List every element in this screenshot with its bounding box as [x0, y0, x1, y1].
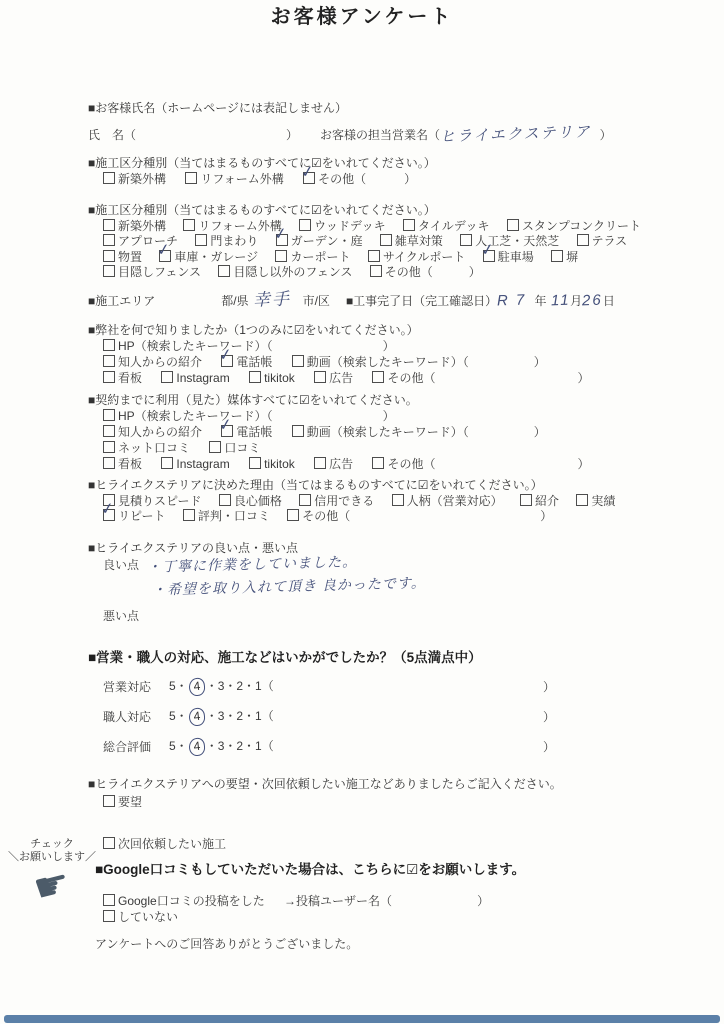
checkbox-label: 新築外構	[118, 219, 166, 233]
checkbox[interactable]	[195, 234, 207, 246]
checkbox-label: 次回依頼したい施工	[118, 837, 226, 851]
checkbox[interactable]	[219, 494, 231, 506]
checkbox[interactable]	[183, 219, 195, 231]
section-header-construction-type-2: ■施工区分種別（当てはまるものすべてに☑をいれてください。）	[88, 202, 694, 218]
checkbox[interactable]	[103, 172, 115, 184]
paren-close: ）	[383, 409, 395, 423]
rating-scale: 5・4・3・2・1（	[169, 708, 274, 726]
checkbox[interactable]	[276, 234, 288, 246]
name-field-close: ）	[286, 128, 298, 142]
city-label: 市/区	[303, 294, 330, 308]
checkbox[interactable]	[103, 219, 115, 231]
checkbox-item[interactable]: 良心価格	[219, 493, 282, 509]
good-points-label: 良い点	[103, 558, 139, 572]
checkbox[interactable]	[460, 234, 472, 246]
good-points-row-2: ・希望を取り入れて頂き 良かったです。	[152, 578, 694, 595]
checkbox-row: 物置 車庫・ガレージ カーポート サイクルポート 駐車場 塀	[103, 249, 694, 265]
good-points-row: 良い点・丁寧に作業をしていました。	[103, 556, 694, 573]
checkbox[interactable]	[287, 509, 299, 521]
checkbox[interactable]	[403, 219, 415, 231]
checkbox-item[interactable]: 知人からの紹介	[103, 424, 202, 440]
checkbox-item[interactable]: 雑草対策	[380, 233, 443, 249]
checkbox[interactable]	[103, 795, 115, 807]
rating-scale: 5・4・3・2・1（	[169, 678, 274, 696]
checkbox-label: 良心価格	[234, 494, 282, 508]
paren-close: ）	[543, 709, 555, 725]
rating-scale-text[interactable]: 5・	[169, 709, 188, 723]
checkbox[interactable]	[103, 425, 115, 437]
checkbox-label: tikitok	[264, 371, 295, 385]
checkbox[interactable]	[221, 355, 233, 367]
checkbox[interactable]	[103, 339, 115, 351]
review-username-label: →投稿ユーザー名（	[284, 894, 392, 908]
checkbox-label: 紹介	[535, 494, 559, 508]
rating-scale-text[interactable]: ・3・2・1（	[206, 679, 274, 693]
paren-close: ）	[469, 265, 481, 279]
checkbox-label: リピート	[118, 509, 166, 523]
checkbox[interactable]	[483, 250, 495, 262]
checkbox-label: Google口コミの投稿をした	[118, 894, 265, 908]
checkbox-item[interactable]: 広告	[314, 456, 353, 472]
checkbox-label: 知人からの紹介	[118, 425, 202, 439]
bad-points-row: 悪い点	[103, 608, 694, 624]
checkbox-item[interactable]: 広告	[314, 370, 353, 386]
checkbox[interactable]	[292, 425, 304, 437]
rating-circled-value[interactable]: 4	[188, 737, 206, 757]
checkbox-label: その他（	[385, 265, 433, 279]
checkbox-label: スタンプコンクリート	[522, 219, 641, 233]
checkbox[interactable]	[299, 494, 311, 506]
checkbox-label: その他（	[387, 371, 435, 385]
handwritten-area: 幸手	[252, 291, 291, 308]
checkbox-item[interactable]: サイクルポート	[368, 249, 466, 265]
paren-close: ）	[477, 894, 489, 908]
checkbox-row: 看板 Instagram tikitok 広告 その他（）	[103, 370, 694, 386]
paren-close: ）	[577, 457, 589, 471]
area-date-row: ■施工エリア都/県幸手市/区■工事完了日（完工確認日）R 7年11月26日	[88, 292, 694, 309]
name-field-label: 氏 名（	[88, 128, 136, 142]
thanks-message: アンケートへのご回答ありがとうございました。	[95, 936, 694, 952]
checkbox-label: Instagram	[176, 457, 229, 471]
rating-label: 営業対応	[103, 679, 169, 695]
section-header-customer-name: ■お客様氏名（ホームページには表記しません）	[88, 100, 694, 116]
checkbox-label: 動画（検索したキーワード）（	[307, 355, 469, 369]
checkbox-item[interactable]: リフォーム外構	[183, 218, 281, 234]
handwritten-good-point-1: ・丁寧に作業をしていました。	[147, 553, 357, 574]
checkbox-row: 知人からの紹介 電話帳 動画（検索したキーワード）（）	[103, 424, 694, 440]
checkbox-item[interactable]: 新築外構	[103, 171, 166, 187]
checkbox-item[interactable]: tikitok	[249, 370, 295, 386]
paren-close: ）	[404, 172, 416, 186]
checkbox[interactable]	[249, 371, 261, 383]
rating-scale-text[interactable]: 5・	[169, 739, 188, 753]
checkbox-item[interactable]: Google口コミの投稿をした	[103, 893, 265, 909]
section-header-ratings: ■営業・職人の対応、施工などはいかがでしたか？（5点満点中）	[88, 650, 694, 666]
checkbox[interactable]	[103, 371, 115, 383]
checkbox-label: HP（検索したキーワード）（	[118, 409, 273, 423]
checkbox-label: 目隠しフェンス	[118, 265, 201, 279]
checkbox-label: 信用できる	[314, 494, 374, 508]
checkbox[interactable]	[159, 250, 171, 262]
rating-scale-text[interactable]: ・3・2・1（	[206, 709, 274, 723]
checkbox-label: 電話帳	[236, 425, 272, 439]
checkbox-item[interactable]: ウッドデッキ	[299, 218, 386, 234]
paren-close: ）	[543, 739, 555, 755]
checkbox-label: 評判・口コミ	[198, 509, 270, 523]
checkbox-item[interactable]: ガーデン・庭	[276, 233, 363, 249]
checkbox[interactable]	[103, 250, 115, 262]
checkbox[interactable]	[520, 494, 532, 506]
checkbox-label: tikitok	[264, 457, 295, 471]
section-header-points: ■ヒライエクステリアの良い点・悪い点	[88, 540, 694, 556]
checkbox-label: 駐車場	[498, 250, 534, 264]
checkbox-item[interactable]: 人柄（営業対応）	[392, 493, 503, 509]
checkbox[interactable]	[275, 250, 287, 262]
checkbox[interactable]	[380, 234, 392, 246]
check-please-note: チェック ＼お願いします／ ☛	[6, 838, 98, 906]
checkbox[interactable]	[183, 509, 195, 521]
area-label: ■施工エリア	[88, 294, 155, 308]
checkbox-label: ウッドデッキ	[314, 219, 386, 233]
checkbox-item[interactable]: 次回依頼したい施工	[103, 836, 226, 852]
paren-close: ）	[543, 679, 555, 695]
section-header-media: ■契約までに利用（見た）媒体すべてに☑をいれてください。	[88, 392, 694, 408]
checkbox[interactable]	[103, 457, 115, 469]
checkbox-item[interactable]: 塀	[551, 249, 578, 265]
checkbox-label: 実績	[591, 494, 615, 508]
checkbox-row: 次回依頼したい施工	[103, 836, 694, 852]
checkbox-label: ガーデン・庭	[291, 234, 363, 248]
rating-scale-text[interactable]: ・3・2・1（	[206, 739, 274, 753]
checkbox-label: テラス	[592, 234, 628, 248]
checkbox[interactable]	[103, 509, 115, 521]
checkbox-row: ネット口コミ 口コミ	[103, 440, 694, 456]
checkbox-item[interactable]: 物置	[103, 249, 142, 265]
checkbox-label: 知人からの紹介	[118, 355, 202, 369]
checkbox-item[interactable]: その他（）	[303, 171, 416, 187]
checkbox-label: HP（検索したキーワード）（	[118, 339, 273, 353]
pointing-hand-icon: ☛	[3, 855, 102, 916]
paren-close: ）	[577, 371, 589, 385]
prefecture-label: 都/県	[221, 294, 248, 308]
checkbox[interactable]	[303, 172, 315, 184]
checkbox[interactable]	[103, 837, 115, 849]
checkbox-item[interactable]: テラス	[577, 233, 628, 249]
checkbox-label: 見積りスピード	[118, 494, 202, 508]
checkbox[interactable]	[370, 265, 382, 277]
paren-close: ）	[540, 509, 552, 523]
checkbox-item[interactable]: タイルデッキ	[403, 218, 490, 234]
year-suffix: 年	[535, 294, 547, 308]
checkbox[interactable]	[103, 409, 115, 421]
paren-close: ）	[383, 339, 395, 353]
checkbox-item[interactable]: 動画（検索したキーワード）（）	[292, 354, 546, 370]
checkbox-row: 目隠しフェンス 目隠し以外のフェンス その他（）	[103, 264, 694, 280]
month-suffix: 月	[570, 294, 582, 308]
section-header-known-from: ■弊社を何で知りましたか（1つのみに☑をいれてください。）	[88, 322, 694, 338]
rating-label: 職人対応	[103, 709, 169, 725]
handwritten-era-year: R 7	[497, 292, 527, 309]
section-header-request: ■ヒライエクステリアへの要望・次回依頼したい施工などありましたらご記入ください。	[88, 776, 694, 792]
checkbox[interactable]	[103, 355, 115, 367]
checkbox-label: 雑草対策	[395, 234, 443, 248]
checkbox-row: アプローチ 門まわり ガーデン・庭 雑草対策 人工芝・天然芝 テラス	[103, 233, 694, 249]
checkbox-label: 広告	[329, 457, 353, 471]
checkbox[interactable]	[577, 234, 589, 246]
checkbox-item[interactable]: 信用できる	[299, 493, 374, 509]
checkbox-label: リフォーム外構	[200, 172, 283, 186]
checkbox-row: リピート 評判・口コミ その他（）	[103, 508, 694, 524]
checkbox-item[interactable]: 看板	[103, 370, 142, 386]
rating-row: 総合評価5・4・3・2・1（）	[103, 738, 694, 756]
checkbox-label: 人柄（営業対応）	[407, 494, 503, 508]
paren-close: ）	[534, 425, 546, 439]
checkbox[interactable]	[103, 234, 115, 246]
checkbox[interactable]	[209, 441, 221, 453]
checkbox-item[interactable]: 門まわり	[195, 233, 258, 249]
checkbox-item[interactable]: その他（）	[372, 370, 589, 386]
survey-sheet: お客様アンケート ■お客様氏名（ホームページには表記しません） 氏 名（）お客様…	[0, 0, 724, 1024]
checkbox[interactable]	[314, 371, 326, 383]
checkbox-row: 新築外構 リフォーム外構 その他（）	[103, 171, 694, 187]
checkbox-label: 看板	[118, 457, 142, 471]
checkbox-item[interactable]: カーポート	[275, 249, 350, 265]
checkbox[interactable]	[161, 457, 173, 469]
handwritten-good-point-2: ・希望を取り入れて頂き 良かったです。	[152, 574, 426, 597]
checkbox[interactable]	[249, 457, 261, 469]
sales-name-label: お客様の担当営業名（	[320, 128, 440, 142]
checkbox-item[interactable]: 動画（検索したキーワード）（）	[292, 424, 546, 440]
rating-scale: 5・4・3・2・1（	[169, 738, 274, 756]
checkbox-label: その他（	[302, 509, 350, 523]
checkbox-item[interactable]: Instagram	[161, 456, 229, 472]
checkbox-label: 新築外構	[118, 172, 166, 186]
checkbox-item[interactable]: 見積りスピード	[103, 493, 202, 509]
checkbox-row: 看板 Instagram tikitok 広告 その他（）	[103, 456, 694, 472]
checkbox-item[interactable]: 電話帳	[221, 354, 272, 370]
checkbox-item[interactable]: HP（検索したキーワード）（）	[103, 408, 395, 424]
handwritten-day: 26	[582, 293, 603, 310]
checkbox[interactable]	[103, 894, 115, 906]
checkbox-item[interactable]: 要望	[103, 794, 142, 810]
checkbox-item[interactable]: していない	[103, 909, 178, 925]
checkbox-item[interactable]: 知人からの紹介	[103, 354, 202, 370]
checkbox-item[interactable]: Instagram	[161, 370, 229, 386]
checkbox[interactable]	[103, 910, 115, 922]
checkbox-label: 要望	[118, 795, 142, 809]
checkbox-item[interactable]: 新築外構	[103, 218, 166, 234]
checkbox[interactable]	[103, 441, 115, 453]
bad-points-label: 悪い点	[103, 609, 139, 623]
checkbox-row: 新築外構 リフォーム外構 ウッドデッキ タイルデッキ スタンプコンクリート	[103, 218, 694, 234]
checkbox[interactable]	[551, 250, 563, 262]
checkbox-item[interactable]: ネット口コミ	[103, 440, 190, 456]
checkbox-item[interactable]: 評判・口コミ	[183, 508, 270, 524]
checkbox-label: タイルデッキ	[418, 219, 490, 233]
checkbox-label: サイクルポート	[383, 250, 466, 264]
checkbox-item[interactable]: スタンプコンクリート	[507, 218, 641, 234]
completion-date-label: ■工事完了日（完工確認日）	[346, 294, 497, 308]
check-please-text-top: チェック	[6, 838, 98, 851]
section-header-reason: ■ヒライエクステリアに決めた理由（当てはまるものすべてに☑をいれてください。）	[88, 477, 694, 493]
checkbox-label: リフォーム外構	[198, 219, 281, 233]
checkbox-row: 見積りスピード 良心価格 信用できる 人柄（営業対応） 紹介 実績	[103, 493, 694, 509]
day-suffix: 日	[603, 294, 615, 308]
emphasis-mark-left: ＼	[8, 851, 19, 863]
checkbox-item[interactable]: リフォーム外構	[185, 171, 283, 187]
rating-circled-value[interactable]: 4	[188, 677, 206, 697]
checkbox-row: HP（検索したキーワード）（）	[103, 408, 694, 424]
checkbox[interactable]	[299, 219, 311, 231]
sales-name-close: ）	[600, 128, 612, 142]
paren-close: ）	[534, 355, 546, 369]
checkbox[interactable]	[368, 250, 380, 262]
checkbox-item[interactable]: リピート	[103, 508, 166, 524]
checkbox-row: 要望	[103, 794, 694, 810]
checkbox-label: 門まわり	[210, 234, 258, 248]
bottom-bar	[4, 1015, 720, 1023]
checkbox-item[interactable]: HP（検索したキーワード）（）	[103, 338, 395, 354]
checkbox-label: ネット口コミ	[118, 441, 190, 455]
rating-row: 職人対応5・4・3・2・1（）	[103, 708, 694, 726]
checkbox[interactable]	[392, 494, 404, 506]
checkbox-item[interactable]: 車庫・ガレージ	[159, 249, 258, 265]
page-title: お客様アンケート	[0, 0, 724, 29]
checkbox-item[interactable]: 目隠しフェンス	[103, 264, 201, 280]
checkbox[interactable]	[221, 425, 233, 437]
checkbox-item[interactable]: その他（）	[370, 264, 481, 280]
rating-scale-text[interactable]: 5・	[169, 679, 188, 693]
handwritten-sales-name: ヒライエクステリア	[440, 124, 592, 145]
section-header-google-review: ■Google口コミもしていただいた場合は、こちらに☑をお願いします。	[95, 862, 694, 878]
checkbox-label: 動画（検索したキーワード）（	[307, 425, 469, 439]
checkbox-item[interactable]: 紹介	[520, 493, 559, 509]
checkbox-label: 目隠し以外のフェンス	[233, 265, 352, 279]
checkbox-label: 電話帳	[236, 355, 272, 369]
checkbox[interactable]	[161, 371, 173, 383]
checkbox-item[interactable]: 実績	[576, 493, 615, 509]
checkbox-label: 車庫・ガレージ	[174, 250, 258, 264]
checkbox-item[interactable]: 看板	[103, 456, 142, 472]
checkbox-row: 知人からの紹介 電話帳 動画（検索したキーワード）（）	[103, 354, 694, 370]
checkbox[interactable]	[372, 457, 384, 469]
checkbox[interactable]	[314, 457, 326, 469]
checkbox[interactable]	[218, 265, 230, 277]
checkbox[interactable]	[103, 265, 115, 277]
customer-name-row: 氏 名（）お客様の担当営業名（ヒライエクステリア）	[88, 127, 694, 143]
handwritten-month: 11	[550, 293, 570, 310]
checkbox-item[interactable]: 駐車場	[483, 249, 534, 265]
checkbox-label: していない	[118, 910, 178, 924]
checkbox[interactable]	[372, 371, 384, 383]
checkbox-label: Instagram	[176, 371, 229, 385]
checkbox-label: 塀	[566, 250, 578, 264]
checkbox-label: その他（	[318, 172, 366, 186]
checkbox-label: カーポート	[290, 250, 350, 264]
checkbox-row: していない	[103, 909, 694, 925]
checkbox-item[interactable]: tikitok	[249, 456, 295, 472]
rating-label: 総合評価	[103, 739, 169, 755]
checkbox-label: 口コミ	[224, 441, 260, 455]
checkbox-label: 広告	[329, 371, 353, 385]
rating-row: 営業対応5・4・3・2・1（）	[103, 678, 694, 696]
checkbox-row: Google口コミの投稿をした →投稿ユーザー名（）	[103, 893, 694, 909]
checkbox-row: HP（検索したキーワード）（）	[103, 338, 694, 354]
checkbox-label: その他（	[387, 457, 435, 471]
checkbox[interactable]	[576, 494, 588, 506]
checkbox[interactable]	[507, 219, 519, 231]
checkbox-item[interactable]: 口コミ	[209, 440, 260, 456]
checkbox[interactable]	[185, 172, 197, 184]
checkbox-label: 物置	[118, 250, 142, 264]
checkbox-item[interactable]: 電話帳	[221, 424, 272, 440]
checkbox-item[interactable]: 人工芝・天然芝	[460, 233, 559, 249]
checkbox-item[interactable]: 目隠し以外のフェンス	[218, 264, 352, 280]
section-header-construction-type-1: ■施工区分種別（当てはまるものすべてに☑をいれてください。）	[88, 155, 694, 171]
rating-circled-value[interactable]: 4	[188, 707, 206, 727]
checkbox-item[interactable]: その他（）	[372, 456, 589, 472]
checkbox[interactable]	[292, 355, 304, 367]
checkbox-label: 看板	[118, 371, 142, 385]
checkbox-item[interactable]: その他（）	[287, 508, 552, 524]
